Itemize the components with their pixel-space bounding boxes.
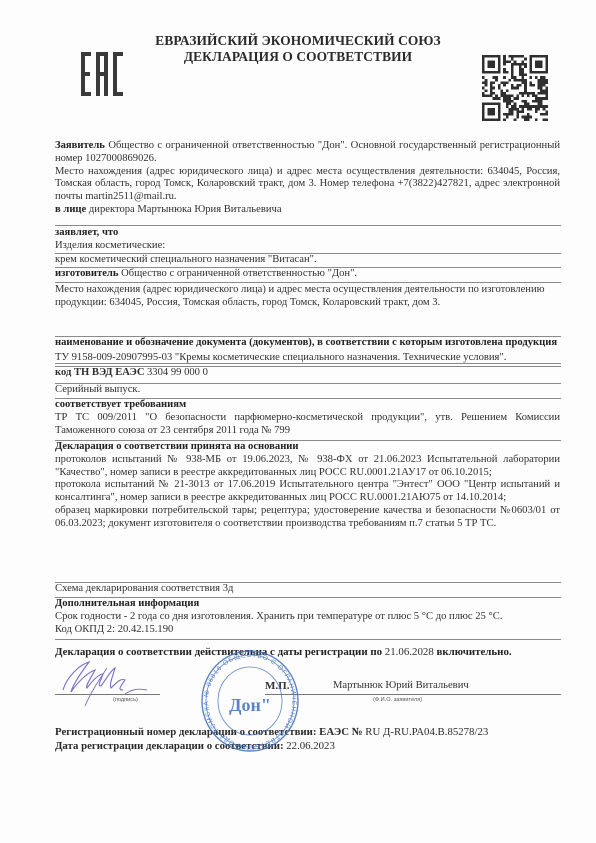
basis-item-2: протокола испытаний № 21-3013 от 17.06.2… (55, 479, 560, 505)
manufacturer-text: Общество с ограниченной ответственностью… (121, 268, 357, 279)
product-category: Изделия косметические: (55, 240, 560, 253)
document-label: наименование и обозначение документа (до… (55, 337, 557, 348)
scheme-text: Схема декларирования соответствия 3д (55, 583, 560, 596)
requirements-label: соответствует требованиям (55, 399, 186, 410)
declares-section: заявляет, что Изделия косметические: (55, 227, 560, 253)
applicant-text: Общество с ограниченной ответственностью… (55, 140, 560, 164)
applicant-section: Заявитель Общество с ограниченной ответс… (55, 140, 560, 217)
manufacturer-line: изготовитель Общество с ограниченной отв… (55, 268, 560, 281)
basis-item-1: протоколов испытаний № 938-МБ от 19.06.2… (55, 454, 560, 480)
person-text: директора Мартынюка Юрия Витальевича (89, 204, 282, 215)
person-label: в лице (55, 204, 86, 215)
shelf-life: Срок годности - 2 года со дня изготовлен… (55, 611, 560, 624)
signature-scribble (55, 654, 155, 714)
title-declaration: ДЕКЛАРАЦИЯ О СООТВЕТСТВИИ (130, 49, 466, 65)
applicant-address: Место нахождения (адрес юридического лиц… (55, 166, 560, 204)
document-text: ТУ 9158-009-20907995-03 "Кремы косметиче… (55, 352, 560, 365)
reg-number-value: RU Д-RU.РА04.В.85278/23 (365, 726, 488, 738)
manufacturer-address: Место нахождения (адрес юридического лиц… (55, 284, 553, 310)
stamp-text: Дон" (229, 695, 271, 715)
document-section: наименование и обозначение документа (до… (55, 337, 560, 350)
applicant-label: Заявитель (55, 140, 105, 151)
applicant-person: в лице директора Мартынюка Юрия Витальев… (55, 204, 560, 217)
code-value: 3304 99 000 0 (147, 367, 208, 378)
company-stamp: ГОРОДА ТОМСКА № 06816 ОБЩЕСТВО С ОГРАНИЧ… (198, 645, 303, 755)
applicant-line: Заявитель Общество с ограниченной ответс… (55, 140, 560, 166)
divider (55, 639, 561, 640)
additional-label: Дополнительная информация (55, 598, 199, 609)
signature-line (55, 694, 160, 695)
qr-code-icon[interactable] (482, 55, 548, 121)
requirements-section: соответствует требованиям ТР ТС 009/2011… (55, 399, 560, 437)
divider (55, 282, 561, 283)
signature-block: (подпись) М.П. Мартынюк Юрий Витальевич … (55, 660, 561, 720)
reg-number-prefix: ЕАЭС № (319, 726, 362, 738)
declares-label: заявляет, что (55, 227, 118, 238)
name-line (265, 694, 561, 695)
manufacturer-label: изготовитель (55, 268, 118, 279)
requirements-text: ТР ТС 009/2011 "О безопасности парфюмерн… (55, 412, 560, 438)
name-caption: (Ф.И.О. заявителя) (373, 697, 422, 703)
okpd-code: Код ОКПД 2: 20.42.15.190 (55, 624, 560, 637)
signer-name: Мартынюк Юрий Витальевич (333, 680, 469, 691)
code-label: код ТН ВЭД ЕАЭС (55, 367, 147, 380)
basis-section: Декларация о соответствии принята на осн… (55, 441, 560, 531)
additional-section: Дополнительная информация Срок годности … (55, 598, 560, 636)
divider (55, 225, 561, 226)
declaration-page: ЕВРАЗИЙСКИЙ ЭКОНОМИЧЕСКИЙ СОЮЗ ДЕКЛАРАЦИ… (0, 0, 596, 843)
code-row: код ТН ВЭД ЕАЭС3304 99 000 0 (55, 367, 560, 380)
validity-suffix: включительно. (437, 646, 512, 658)
basis-label: Декларация о соответствии принята на осн… (55, 441, 299, 452)
title-union: ЕВРАЗИЙСКИЙ ЭКОНОМИЧЕСКИЙ СОЮЗ (130, 33, 466, 49)
product-name: крем косметический специального назначен… (55, 254, 560, 267)
eac-mark-icon (80, 52, 125, 96)
serial-text: Серийный выпуск. (55, 384, 560, 397)
document-title: ЕВРАЗИЙСКИЙ ЭКОНОМИЧЕСКИЙ СОЮЗ ДЕКЛАРАЦИ… (130, 33, 466, 65)
signature-caption: (подпись) (113, 697, 138, 703)
validity-date: 21.06.2028 (385, 646, 434, 658)
basis-item-3: образец маркировки потребительской тары;… (55, 505, 560, 531)
